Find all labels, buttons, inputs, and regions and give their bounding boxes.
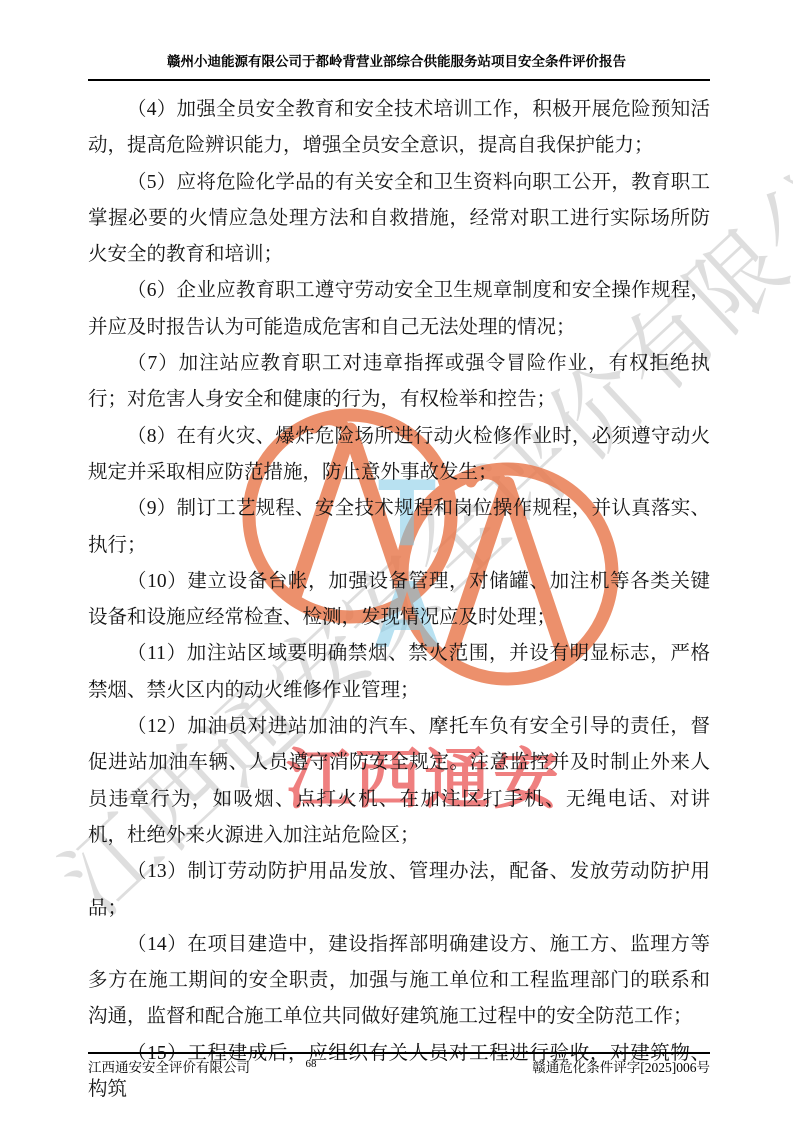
paragraph-4: （4）加强全员安全教育和安全技术培训工作，积极开展危险预知活动，提高危险辨识能力… — [88, 92, 710, 165]
paragraph-10: （10）建立设备台帐，加强设备管理，对储罐、加注机等各类关键设备和设施应经常检查… — [88, 564, 710, 637]
paragraph-9: （9）制订工艺规程、安全技术规程和岗位操作规程，并认真落实、执行； — [88, 491, 710, 564]
footer-rule — [88, 1052, 710, 1054]
paragraph-6: （6）企业应教育职工遵守劳动安全卫生规章制度和安全操作规程，并应及时报告认为可能… — [88, 273, 710, 346]
paragraph-8: （8）在有火灾、爆炸危险场所进行动火检修作业时，必须遵守动火规定并采取相应防范措… — [88, 419, 710, 492]
paragraph-7: （7）加注站应教育职工对违章指挥或强令冒险作业，有权拒绝执行；对危害人身安全和健… — [88, 346, 710, 419]
body-paragraphs: （4）加强全员安全教育和安全技术培训工作，积极开展危险预知活动，提高危险辨识能力… — [88, 92, 710, 1108]
header-rule — [88, 79, 710, 81]
paragraph-12: （12）加油员对进站加油的汽车、摩托车负有安全引导的责任，督促进站加油车辆、人员… — [88, 709, 710, 854]
page-number: 68 — [0, 1058, 622, 1070]
paragraph-5: （5）应将危险化学品的有关安全和卫生资料向职工公开，教育职工掌握必要的火情应急处… — [88, 165, 710, 274]
report-title: 赣州小迪能源有限公司于都岭背营业部综合供能服务站项目安全条件评价报告 — [0, 50, 793, 70]
document-page: 江西通安安全评价有限公司 T A 江西通安 赣州小迪能源有限公司于都岭背营业部综… — [0, 0, 793, 1122]
paragraph-14: （14）在项目建造中，建设指挥部明确建设方、施工方、监理方等多方在施工期间的安全… — [88, 927, 710, 1036]
paragraph-11: （11）加注站区域要明确禁烟、禁火范围，并设有明显标志，严格禁烟、禁火区内的动火… — [88, 636, 710, 709]
paragraph-13: （13）制订劳动防护用品发放、管理办法，配备、发放劳动防护用品； — [88, 854, 710, 927]
